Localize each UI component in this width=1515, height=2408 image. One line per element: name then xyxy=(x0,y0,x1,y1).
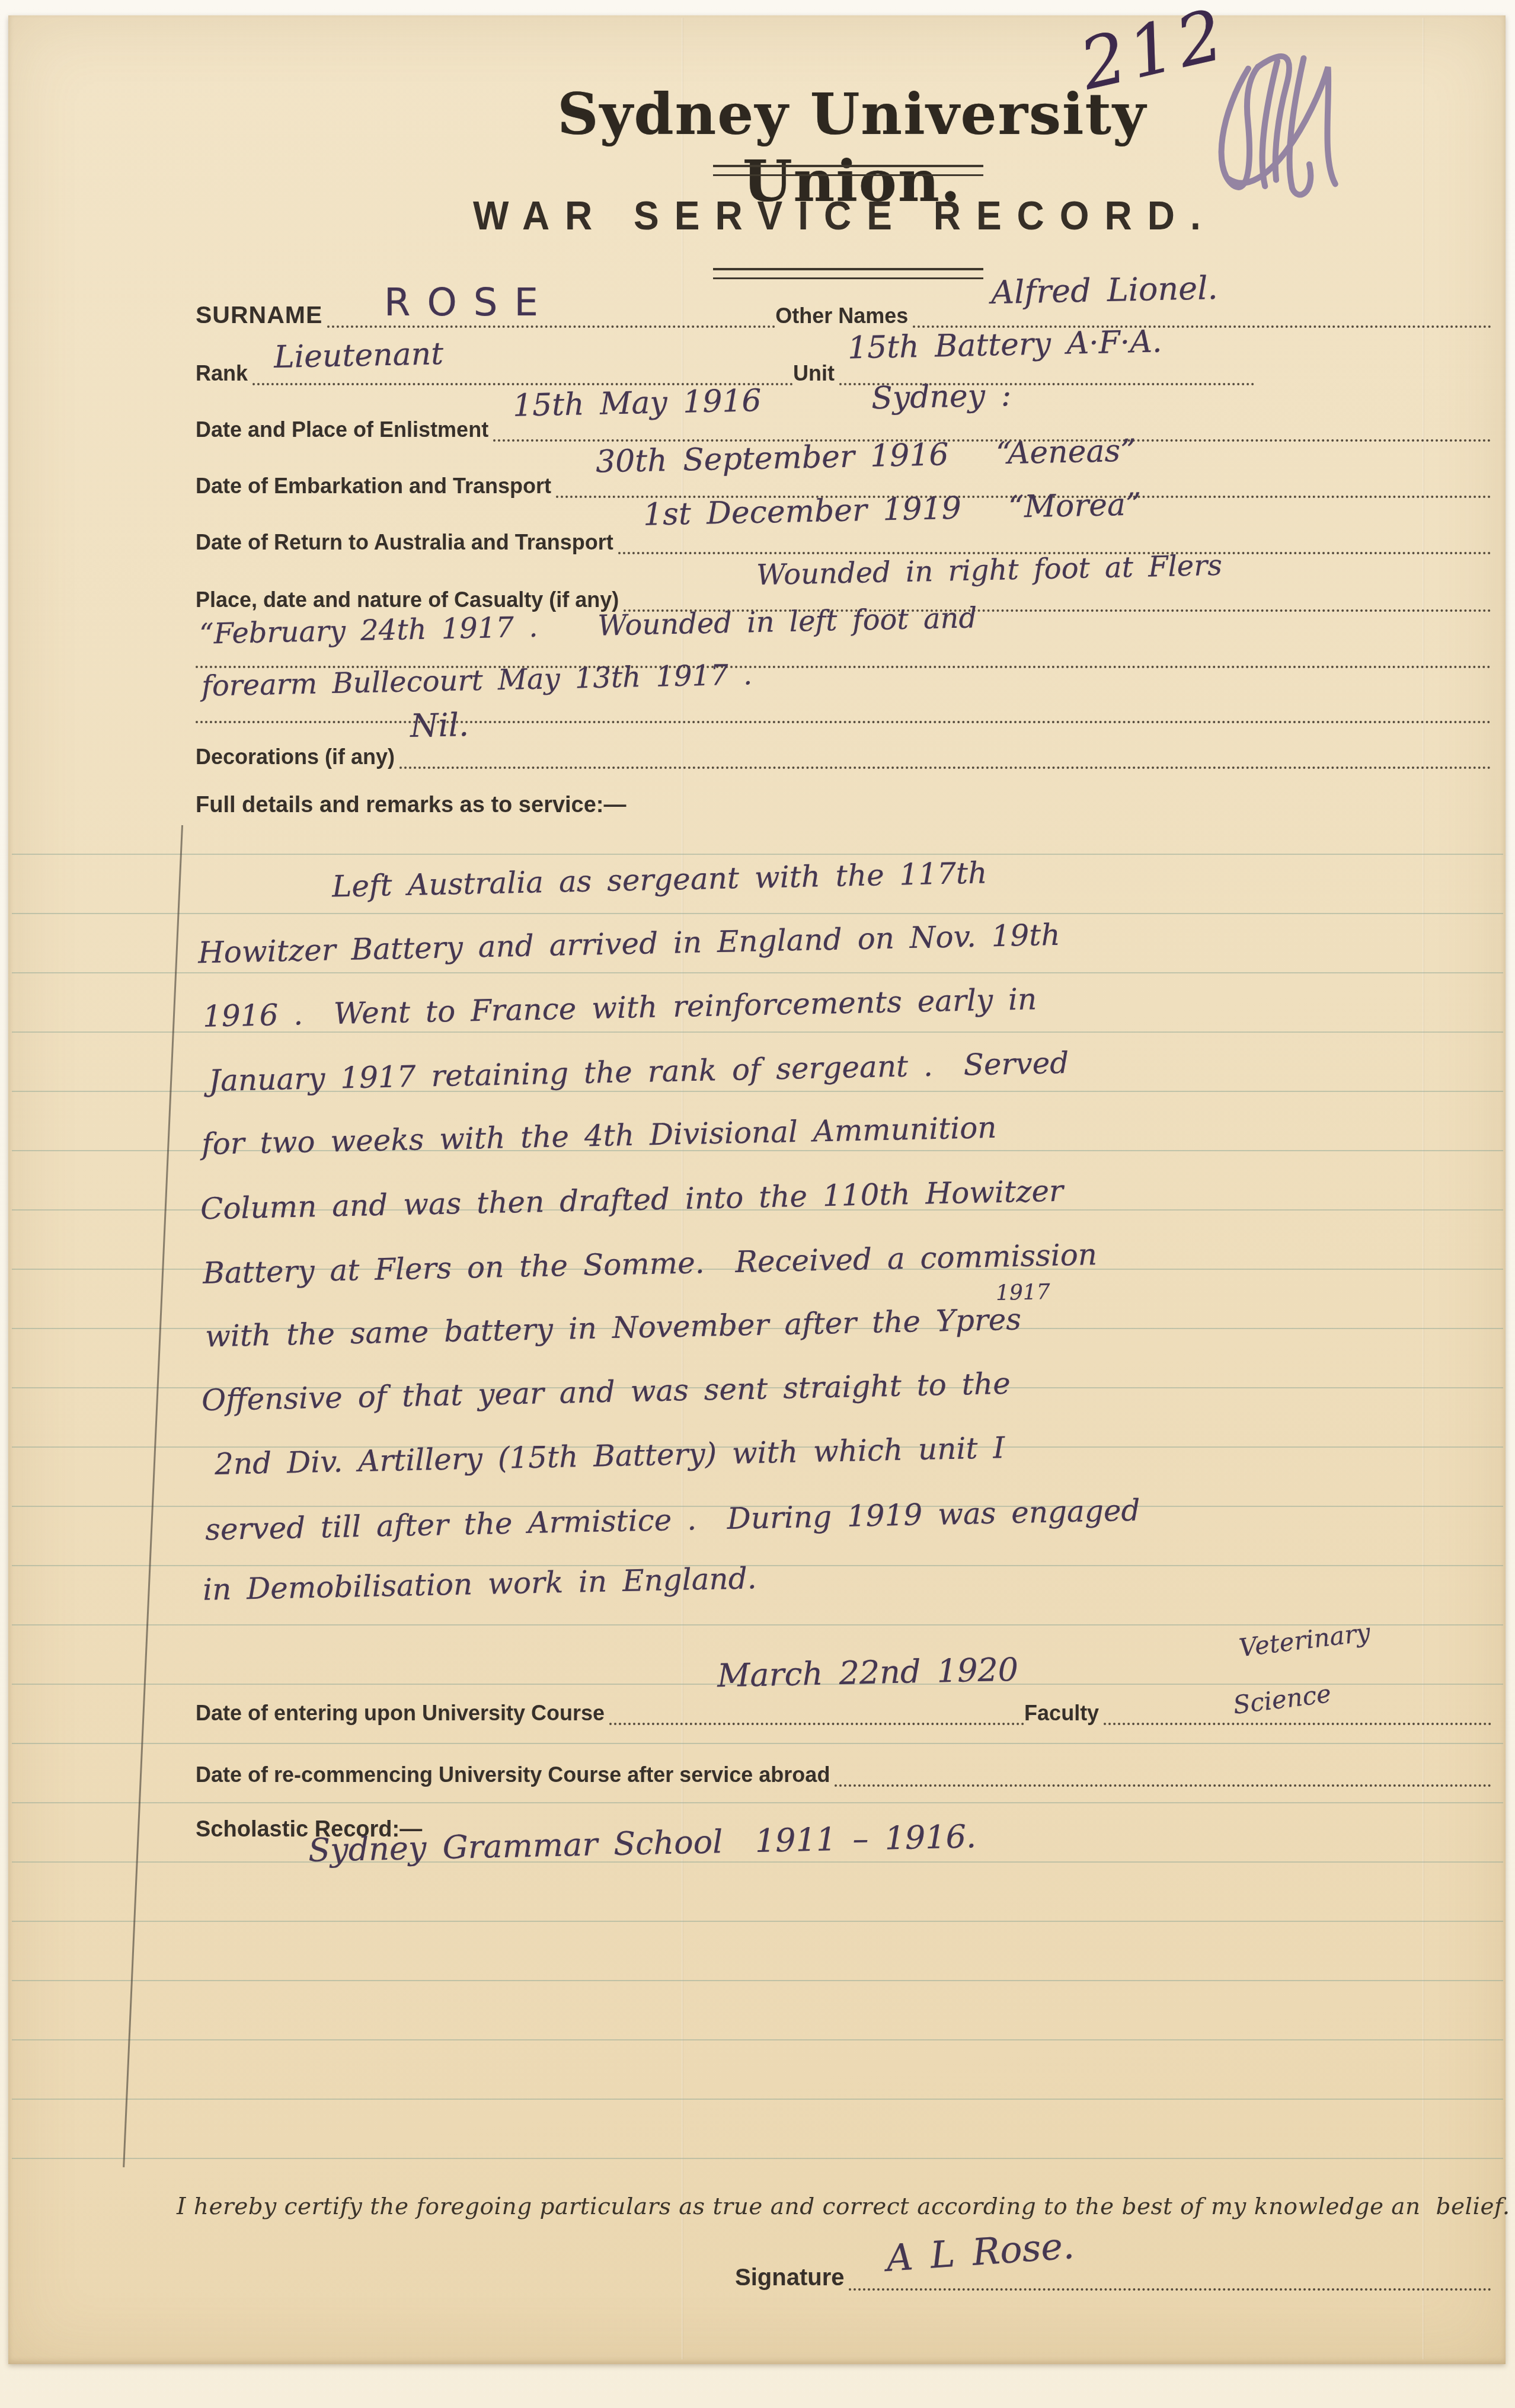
scanned-war-service-record: 212 Sydney University Union. WAR SERVICE… xyxy=(0,0,1515,2408)
monogram-stamp xyxy=(1204,33,1363,209)
page-title: WAR SERVICE RECORD. xyxy=(473,191,1232,239)
recommence-row: Date of re-commencing University Course … xyxy=(196,1756,1491,1787)
decorations-value: Nil. xyxy=(410,706,469,745)
signature-label: Signature xyxy=(735,2265,849,2291)
other-names-value: Alfred Lionel. xyxy=(990,269,1218,311)
details-label: Full details and remarks as to service:— xyxy=(196,793,631,817)
course-dots xyxy=(609,1692,1024,1725)
casualty-label: Place, date and nature of Casualty (if a… xyxy=(196,589,624,612)
header-rule-top xyxy=(713,165,983,176)
decorations-row: Decorations (if any) xyxy=(196,738,1491,769)
course-date-value: March 22nd 1920 xyxy=(717,1651,1018,1695)
course-label: Date of entering upon University Course xyxy=(196,1702,609,1725)
recommence-label: Date of re-commencing University Course … xyxy=(196,1764,835,1787)
surname-label: SURNAME xyxy=(196,302,327,328)
details-insert-1917: 1917 xyxy=(996,1280,1050,1305)
header-rule-bottom xyxy=(713,268,983,279)
faculty-label: Faculty xyxy=(1024,1702,1104,1725)
other-names-label: Other Names xyxy=(775,305,913,328)
certify-text: I hereby certify the foregoing particula… xyxy=(177,2193,1510,2220)
rank-label: Rank xyxy=(196,362,252,385)
rank-value: Lieutenant xyxy=(273,336,443,375)
recommence-dots xyxy=(835,1754,1491,1787)
enlistment-label: Date and Place of Enlistment xyxy=(196,419,493,442)
unit-value: 15th Battery A·F·A. xyxy=(847,324,1162,366)
return-label: Date of Return to Australia and Transpor… xyxy=(196,531,618,554)
signature-row: Signature xyxy=(735,2260,1491,2291)
embarkation-label: Date of Embarkation and Transport xyxy=(196,475,556,498)
surname-value: ROSE xyxy=(384,281,555,325)
decorations-label: Decorations (if any) xyxy=(196,746,399,769)
decorations-dots xyxy=(399,736,1491,769)
